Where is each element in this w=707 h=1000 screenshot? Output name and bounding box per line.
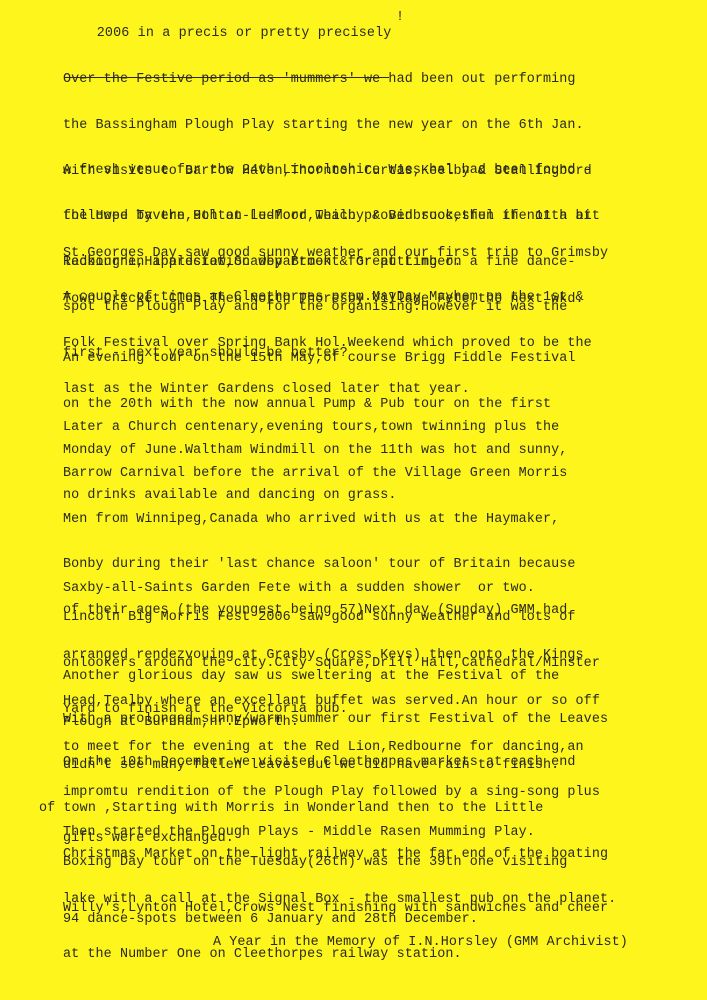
title-text: 2006 in a precis or pretty precisely	[97, 26, 392, 41]
author-signature: A Year in the Memory of I.N.Horsley (GMM…	[213, 935, 628, 951]
title-exclamation: !	[396, 10, 404, 26]
document-page: 2006 in a precis or pretty precisely ! O…	[0, 0, 707, 1000]
